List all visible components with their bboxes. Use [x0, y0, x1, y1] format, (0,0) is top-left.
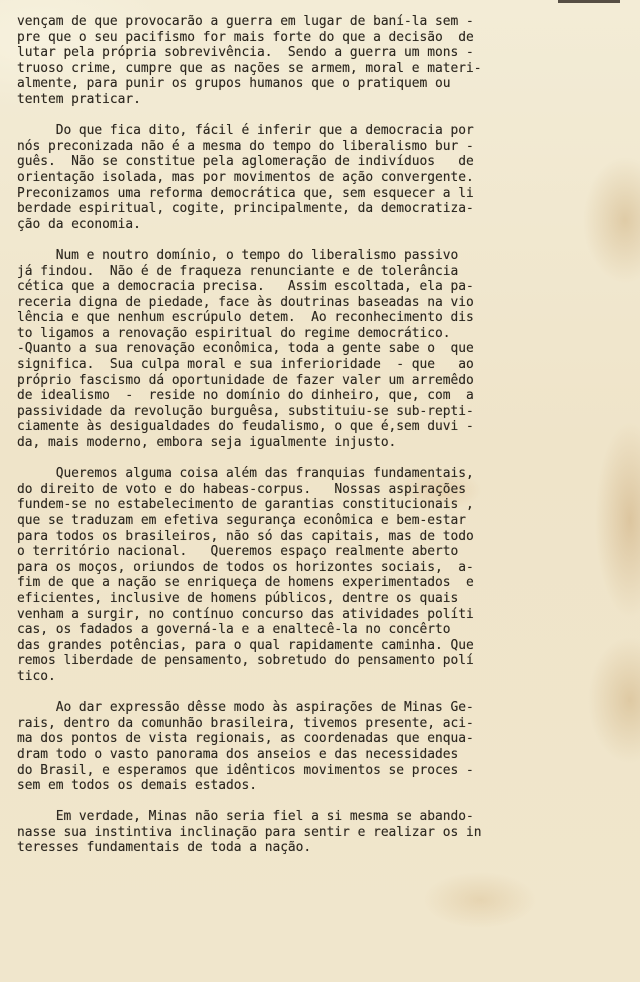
- text-line: rais, dentro da comunhão brasileira, tiv…: [17, 716, 627, 732]
- text-line: Queremos alguma coisa além das franquias…: [17, 466, 627, 482]
- text-line: de idealismo - reside no domínio do dinh…: [17, 388, 627, 404]
- text-line: -Quanto a sua renovação econômica, toda …: [17, 341, 627, 357]
- text-line: para os moços, oriundos de todos os hori…: [17, 560, 627, 576]
- text-line: das grandes potências, para o qual rapid…: [17, 638, 627, 654]
- text-line: que se traduzam em efetiva segurança eco…: [17, 513, 627, 529]
- typewritten-page: vençam de que provocarão a guerra em lug…: [0, 0, 640, 982]
- text-line: cética que a democracia precisa. Assim e…: [17, 279, 627, 295]
- text-line: sem em todos os demais estados.: [17, 778, 627, 794]
- text-line: receria digna de piedade, face às doutri…: [17, 295, 627, 311]
- text-line: cas, os fadados a governá-la e a enaltec…: [17, 622, 627, 638]
- text-line: nasse sua instintiva inclinação para sen…: [17, 825, 627, 841]
- text-line: truoso crime, cumpre que as nações se ar…: [17, 61, 627, 77]
- text-line: venham a surgir, no contínuo concurso da…: [17, 607, 627, 623]
- paragraph-2: Do que fica dito, fácil é inferir que a …: [17, 123, 627, 232]
- text-line: para todos os brasileiros, não só das ca…: [17, 529, 627, 545]
- text-line: fundem-se no estabelecimento de garantia…: [17, 497, 627, 513]
- text-line: lência e que nenhum escrúpulo detem. Ao …: [17, 310, 627, 326]
- text-line: já findou. Não é de fraqueza renunciante…: [17, 264, 627, 280]
- paragraph-6: Em verdade, Minas não seria fiel a si me…: [17, 809, 627, 856]
- text-line: remos liberdade de pensamento, sobretudo…: [17, 653, 627, 669]
- text-line: tico.: [17, 669, 627, 685]
- text-line: Em verdade, Minas não seria fiel a si me…: [17, 809, 627, 825]
- text-line: significa. Sua culpa moral e sua inferio…: [17, 357, 627, 373]
- text-line: berdade espiritual, cogite, principalmen…: [17, 201, 627, 217]
- text-line: nós preconizada não é a mesma do tempo d…: [17, 139, 627, 155]
- text-line: to ligamos a renovação espiritual do reg…: [17, 326, 627, 342]
- text-line: vençam de que provocarão a guerra em lug…: [17, 14, 627, 30]
- top-edge-mark: [558, 0, 620, 3]
- text-line: fim de que a nação se enriqueça de homen…: [17, 575, 627, 591]
- text-line: pre que o seu pacifismo for mais forte d…: [17, 30, 627, 46]
- text-line: Ao dar expressão dêsse modo às aspiraçõe…: [17, 700, 627, 716]
- text-line: passividade da revolução burguêsa, subst…: [17, 404, 627, 420]
- text-line: eficientes, inclusive de homens públicos…: [17, 591, 627, 607]
- paragraph-5: Ao dar expressão dêsse modo às aspiraçõe…: [17, 700, 627, 794]
- text-line: orientação isolada, mas por movimentos d…: [17, 170, 627, 186]
- text-line: ma dos pontos de vista regionais, as coo…: [17, 731, 627, 747]
- text-line: guês. Não se constitue pela aglomeração …: [17, 154, 627, 170]
- text-line: lutar pela própria sobrevivência. Sendo …: [17, 45, 627, 61]
- text-line: da, mais moderno, embora seja igualmente…: [17, 435, 627, 451]
- text-line: teresses fundamentais de toda a nação.: [17, 840, 627, 856]
- paragraph-4: Queremos alguma coisa além das franquias…: [17, 466, 627, 684]
- paragraph-1: vençam de que provocarão a guerra em lug…: [17, 14, 627, 108]
- document-body: vençam de que provocarão a guerra em lug…: [17, 4, 627, 872]
- text-line: Preconizamos uma reforma democrática que…: [17, 186, 627, 202]
- text-line: ção da economia.: [17, 217, 627, 233]
- text-line: Num e noutro domínio, o tempo do liberal…: [17, 248, 627, 264]
- paragraph-3: Num e noutro domínio, o tempo do liberal…: [17, 248, 627, 451]
- text-line: almente, para punir os grupos humanos qu…: [17, 76, 627, 92]
- text-line: Do que fica dito, fácil é inferir que a …: [17, 123, 627, 139]
- text-line: tentem praticar.: [17, 92, 627, 108]
- text-line: próprio fascismo dá oportunidade de faze…: [17, 373, 627, 389]
- text-line: do direito de voto e do habeas-corpus. N…: [17, 482, 627, 498]
- text-line: do Brasil, e esperamos que idênticos mov…: [17, 763, 627, 779]
- text-line: ciamente às desigualdades do feudalismo,…: [17, 419, 627, 435]
- text-line: dram todo o vasto panorama dos anseios e…: [17, 747, 627, 763]
- text-line: o território nacional. Queremos espaço r…: [17, 544, 627, 560]
